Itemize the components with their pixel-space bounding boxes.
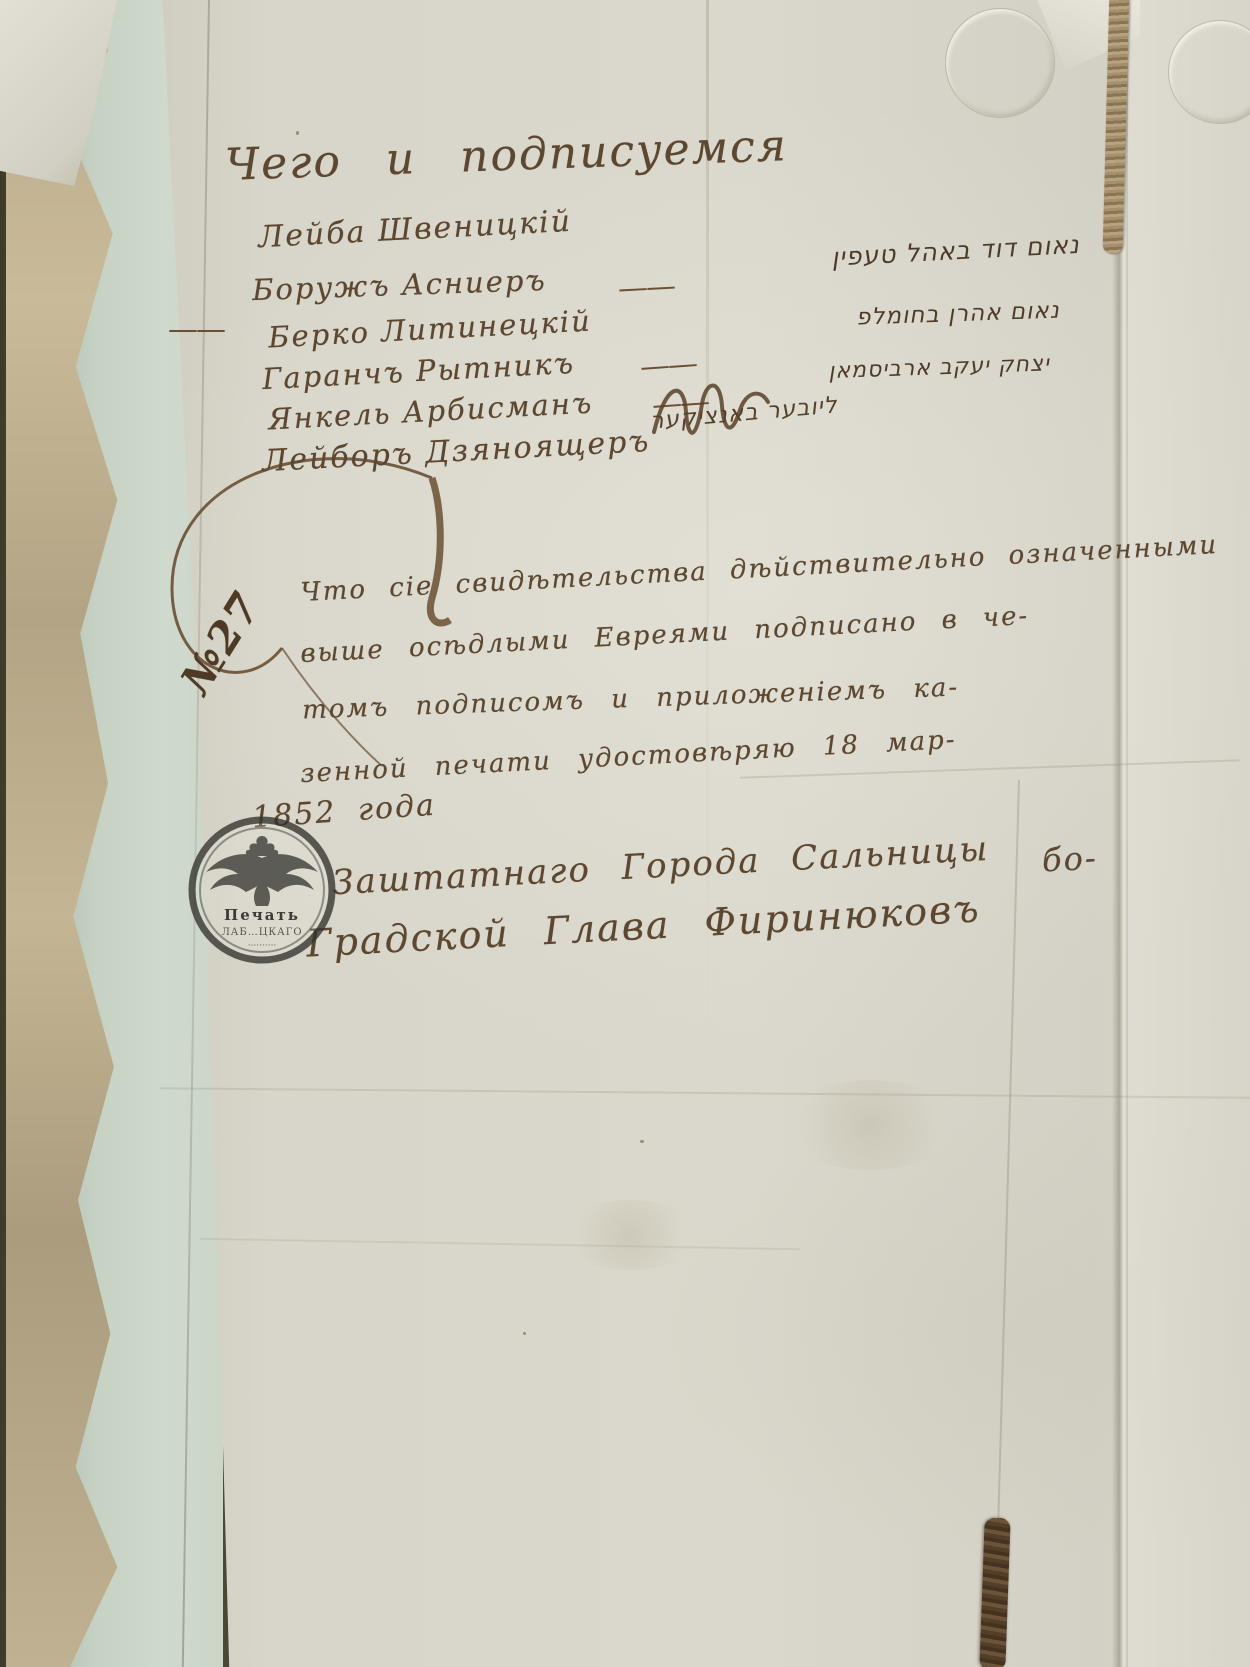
ink-speck [296,131,299,135]
binding-twine-bottom [979,1518,1010,1667]
ink-speck [523,1332,526,1335]
embossed-paper-seal [945,8,1055,118]
paper-stain [780,1080,960,1170]
seal-text-1: Печать [224,906,300,924]
seal-text-3: ·········· [248,941,277,951]
signature-dash: —— [617,269,675,307]
official-seal: Печать ЛАБ…ЦКАГО ·········· [186,814,338,966]
seal-graphic: Печать ЛАБ…ЦКАГО ·········· [186,814,338,966]
paper-stain [560,1200,700,1270]
seal-text-2: ЛАБ…ЦКАГО [221,927,302,938]
closing-line-1-continuation: бо- [1041,839,1099,880]
manuscript-photo: Чего и подписуемся Лейба Швеницкій Боруж… [0,0,1250,1667]
ink-flourish-initials [636,362,786,457]
ink-speck [640,1140,644,1143]
folded-right-strip [1128,0,1250,1667]
signature-dash: —— [168,312,224,347]
